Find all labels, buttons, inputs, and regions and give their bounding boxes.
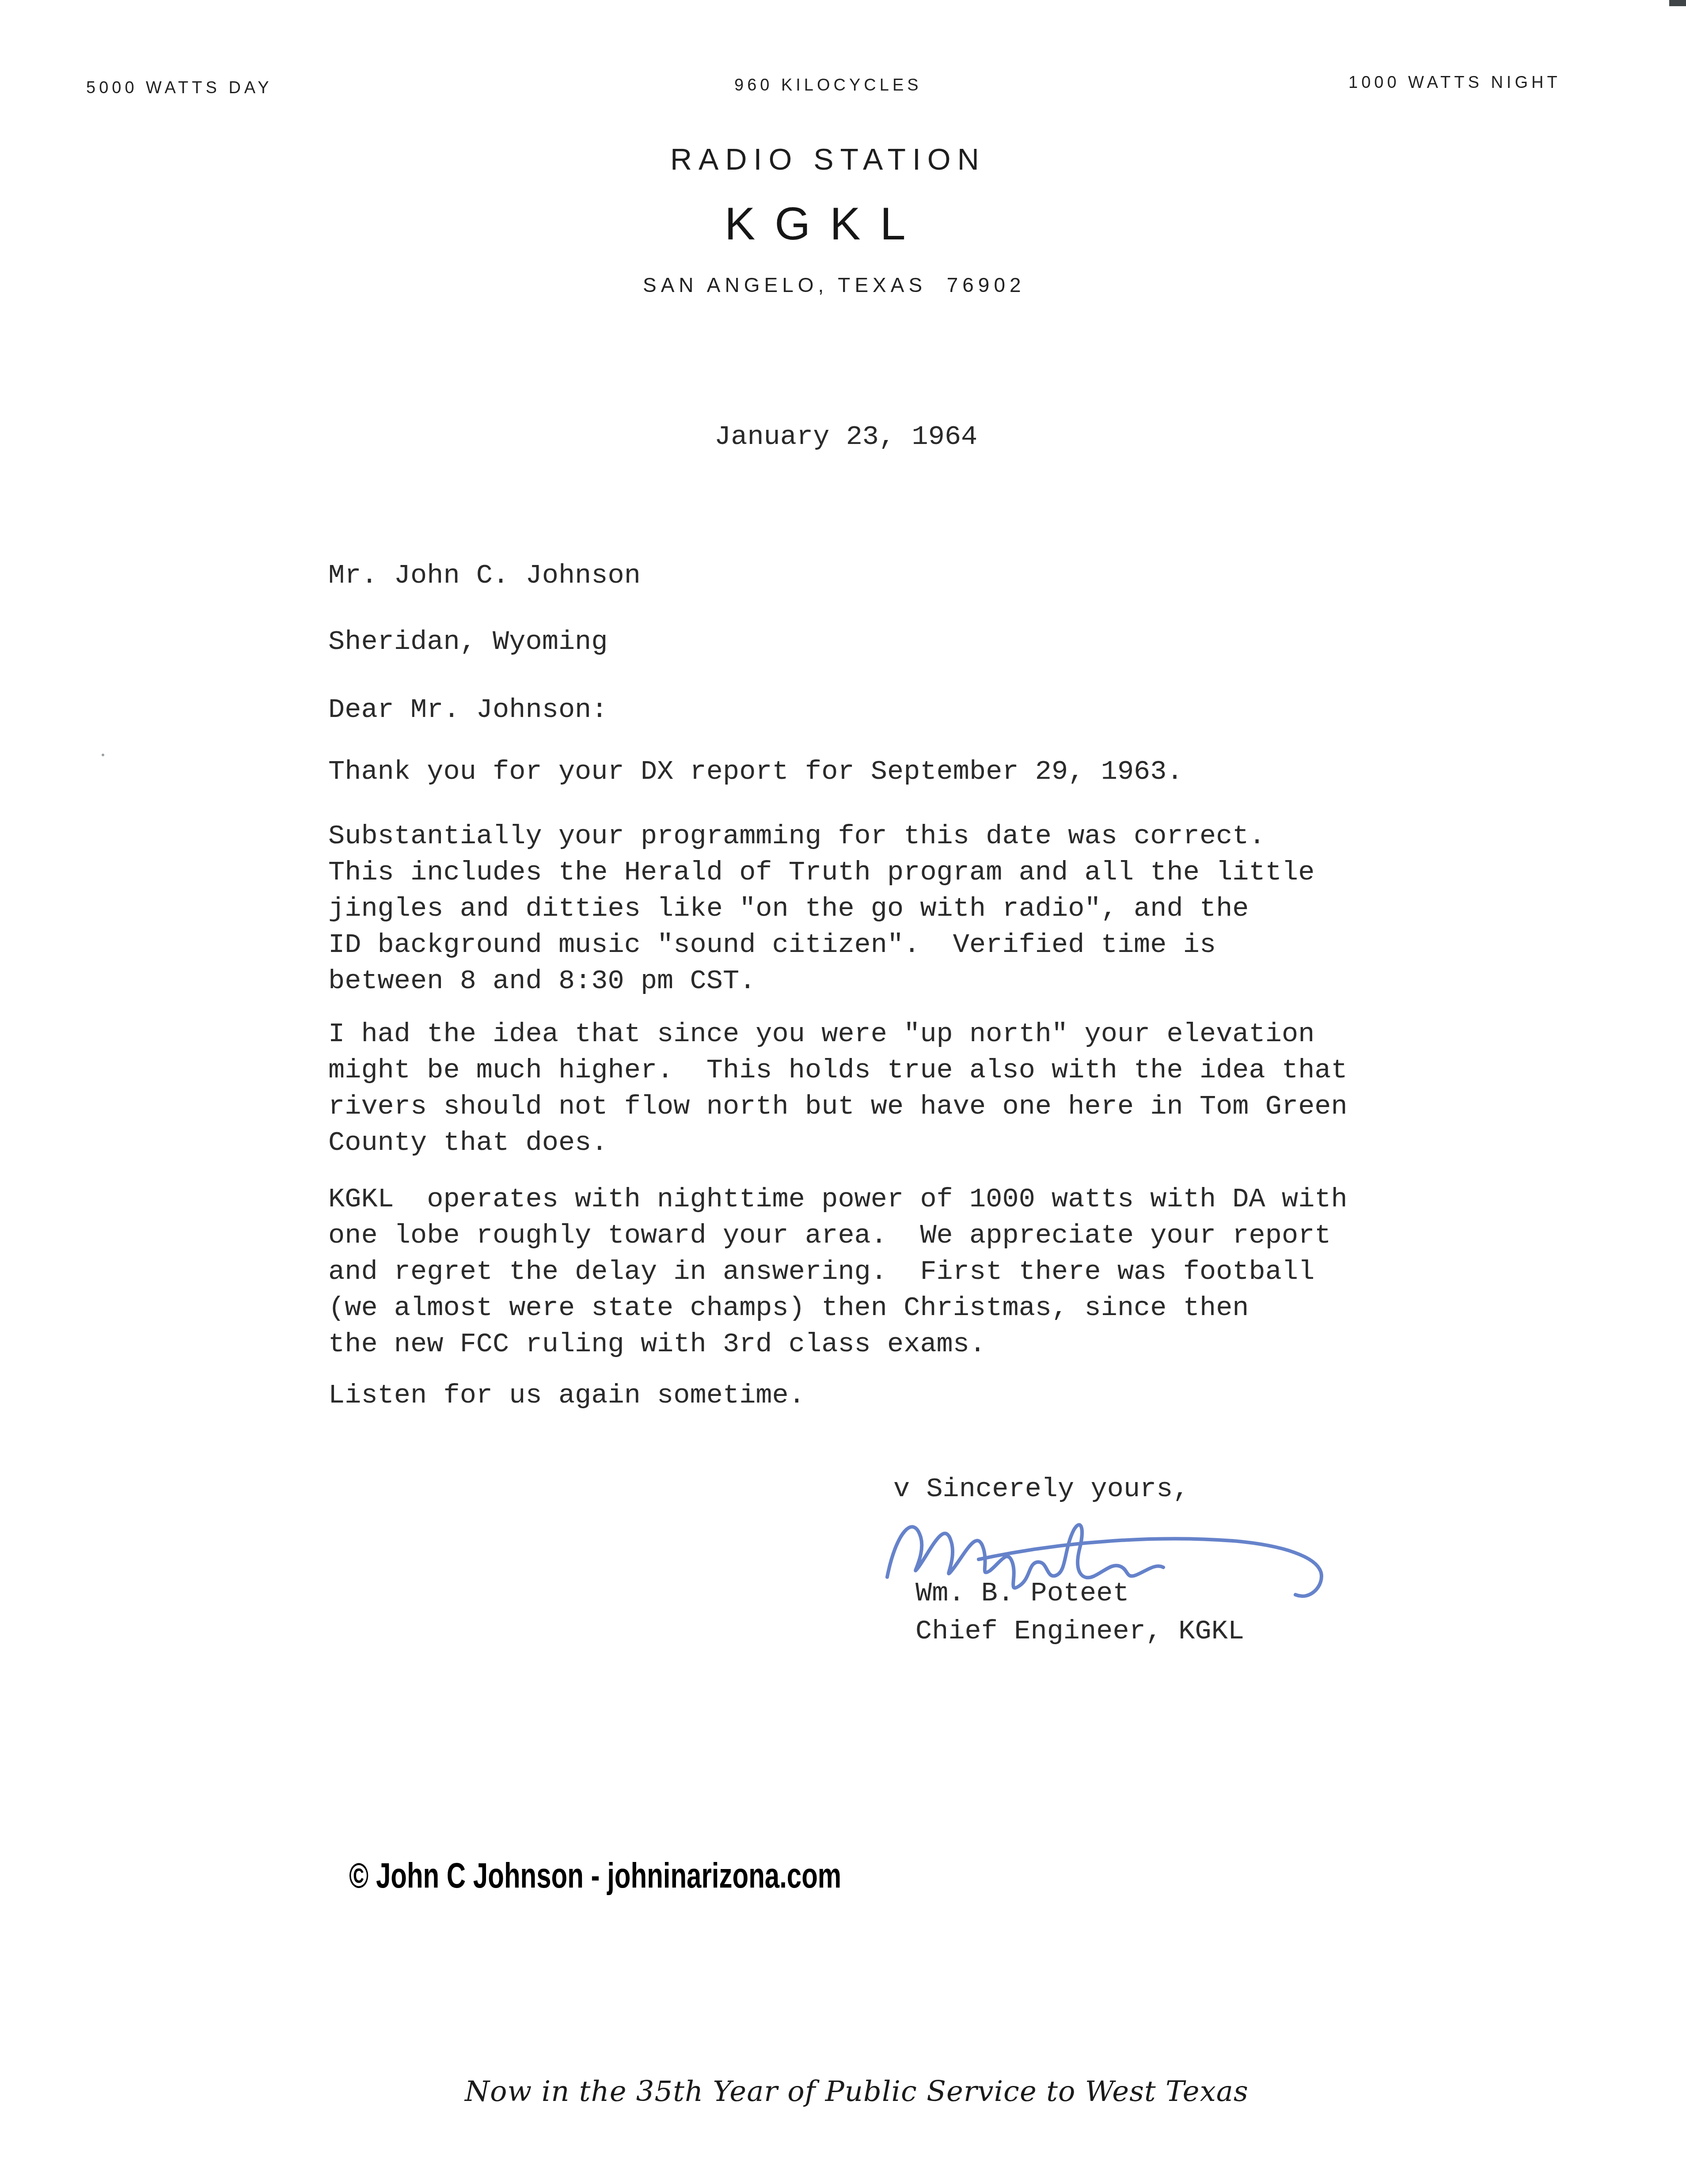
signed-name: Wm. B. Poteet <box>915 1575 1129 1611</box>
letterhead-frequency: 960 KILOCYCLES <box>734 76 922 95</box>
letterhead-callsign: KGKL <box>725 198 925 250</box>
letterhead-power-night: 1000 WATTS NIGHT <box>1348 73 1561 92</box>
date-line: January 23, 1964 <box>714 419 977 455</box>
scan-artifact-top-right <box>1669 0 1686 6</box>
salutation: Dear Mr. Johnson: <box>328 692 608 728</box>
scan-speck-left-margin <box>102 754 104 756</box>
recipient-name: Mr. John C. Johnson <box>328 557 641 594</box>
footer-slogan: Now in the 35th Year of Public Service t… <box>465 2075 1249 2108</box>
recipient-city: Sheridan, Wyoming <box>328 624 608 660</box>
scanned-letter-page: { "colors": { "paper": "#ffffff", "ink":… <box>0 0 1686 2184</box>
body-paragraph-2: Substantially your programming for this … <box>328 818 1314 999</box>
signed-title: Chief Engineer, KGKL <box>915 1613 1244 1649</box>
letterhead-station-line: RADIO STATION <box>670 142 986 177</box>
copyright-watermark: © John C Johnson - johninarizona.com <box>349 1855 841 1896</box>
letterhead-city-line: SAN ANGELO, TEXAS 76902 <box>643 273 1025 297</box>
body-paragraph-4: KGKL operates with nighttime power of 10… <box>328 1181 1348 1362</box>
body-paragraph-5: Listen for us again sometime. <box>328 1377 805 1414</box>
body-paragraph-3: I had the idea that since you were "up n… <box>328 1016 1348 1161</box>
body-paragraph-1: Thank you for your DX report for Septemb… <box>328 754 1183 790</box>
letterhead-power-day: 5000 WATTS DAY <box>86 79 273 98</box>
